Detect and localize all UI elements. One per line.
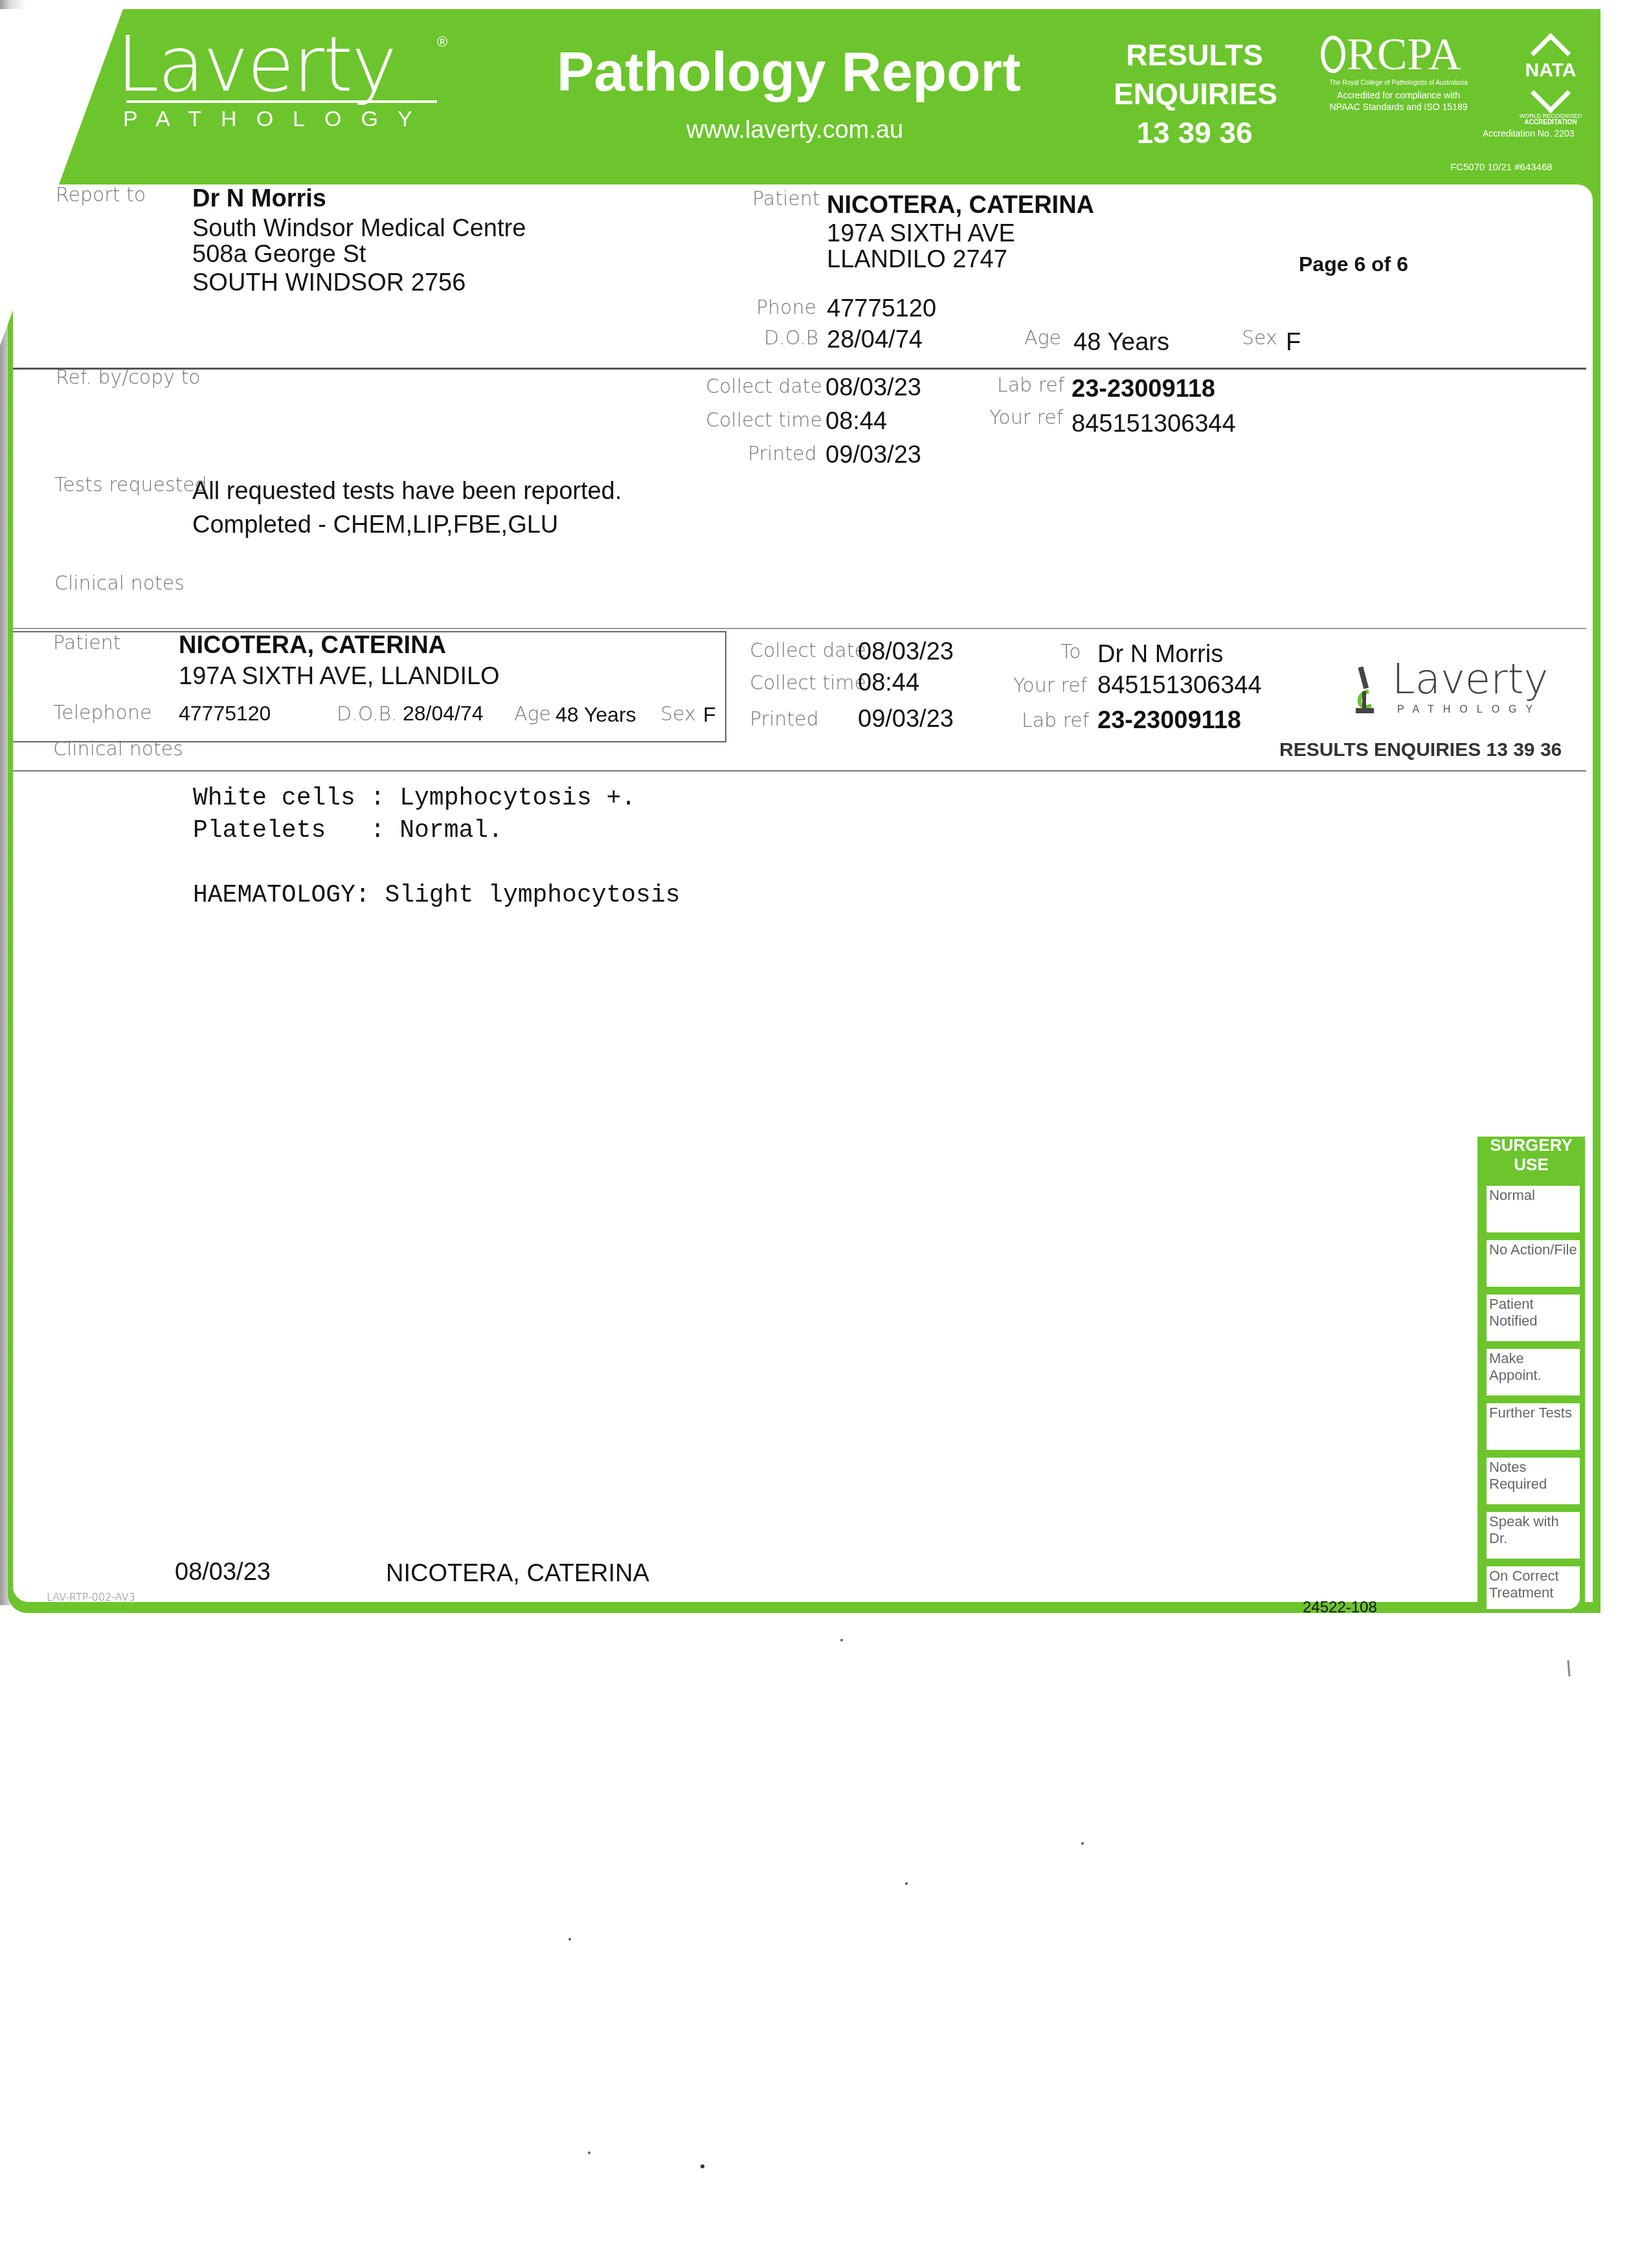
scan-specks: [0, 0, 1651, 2268]
